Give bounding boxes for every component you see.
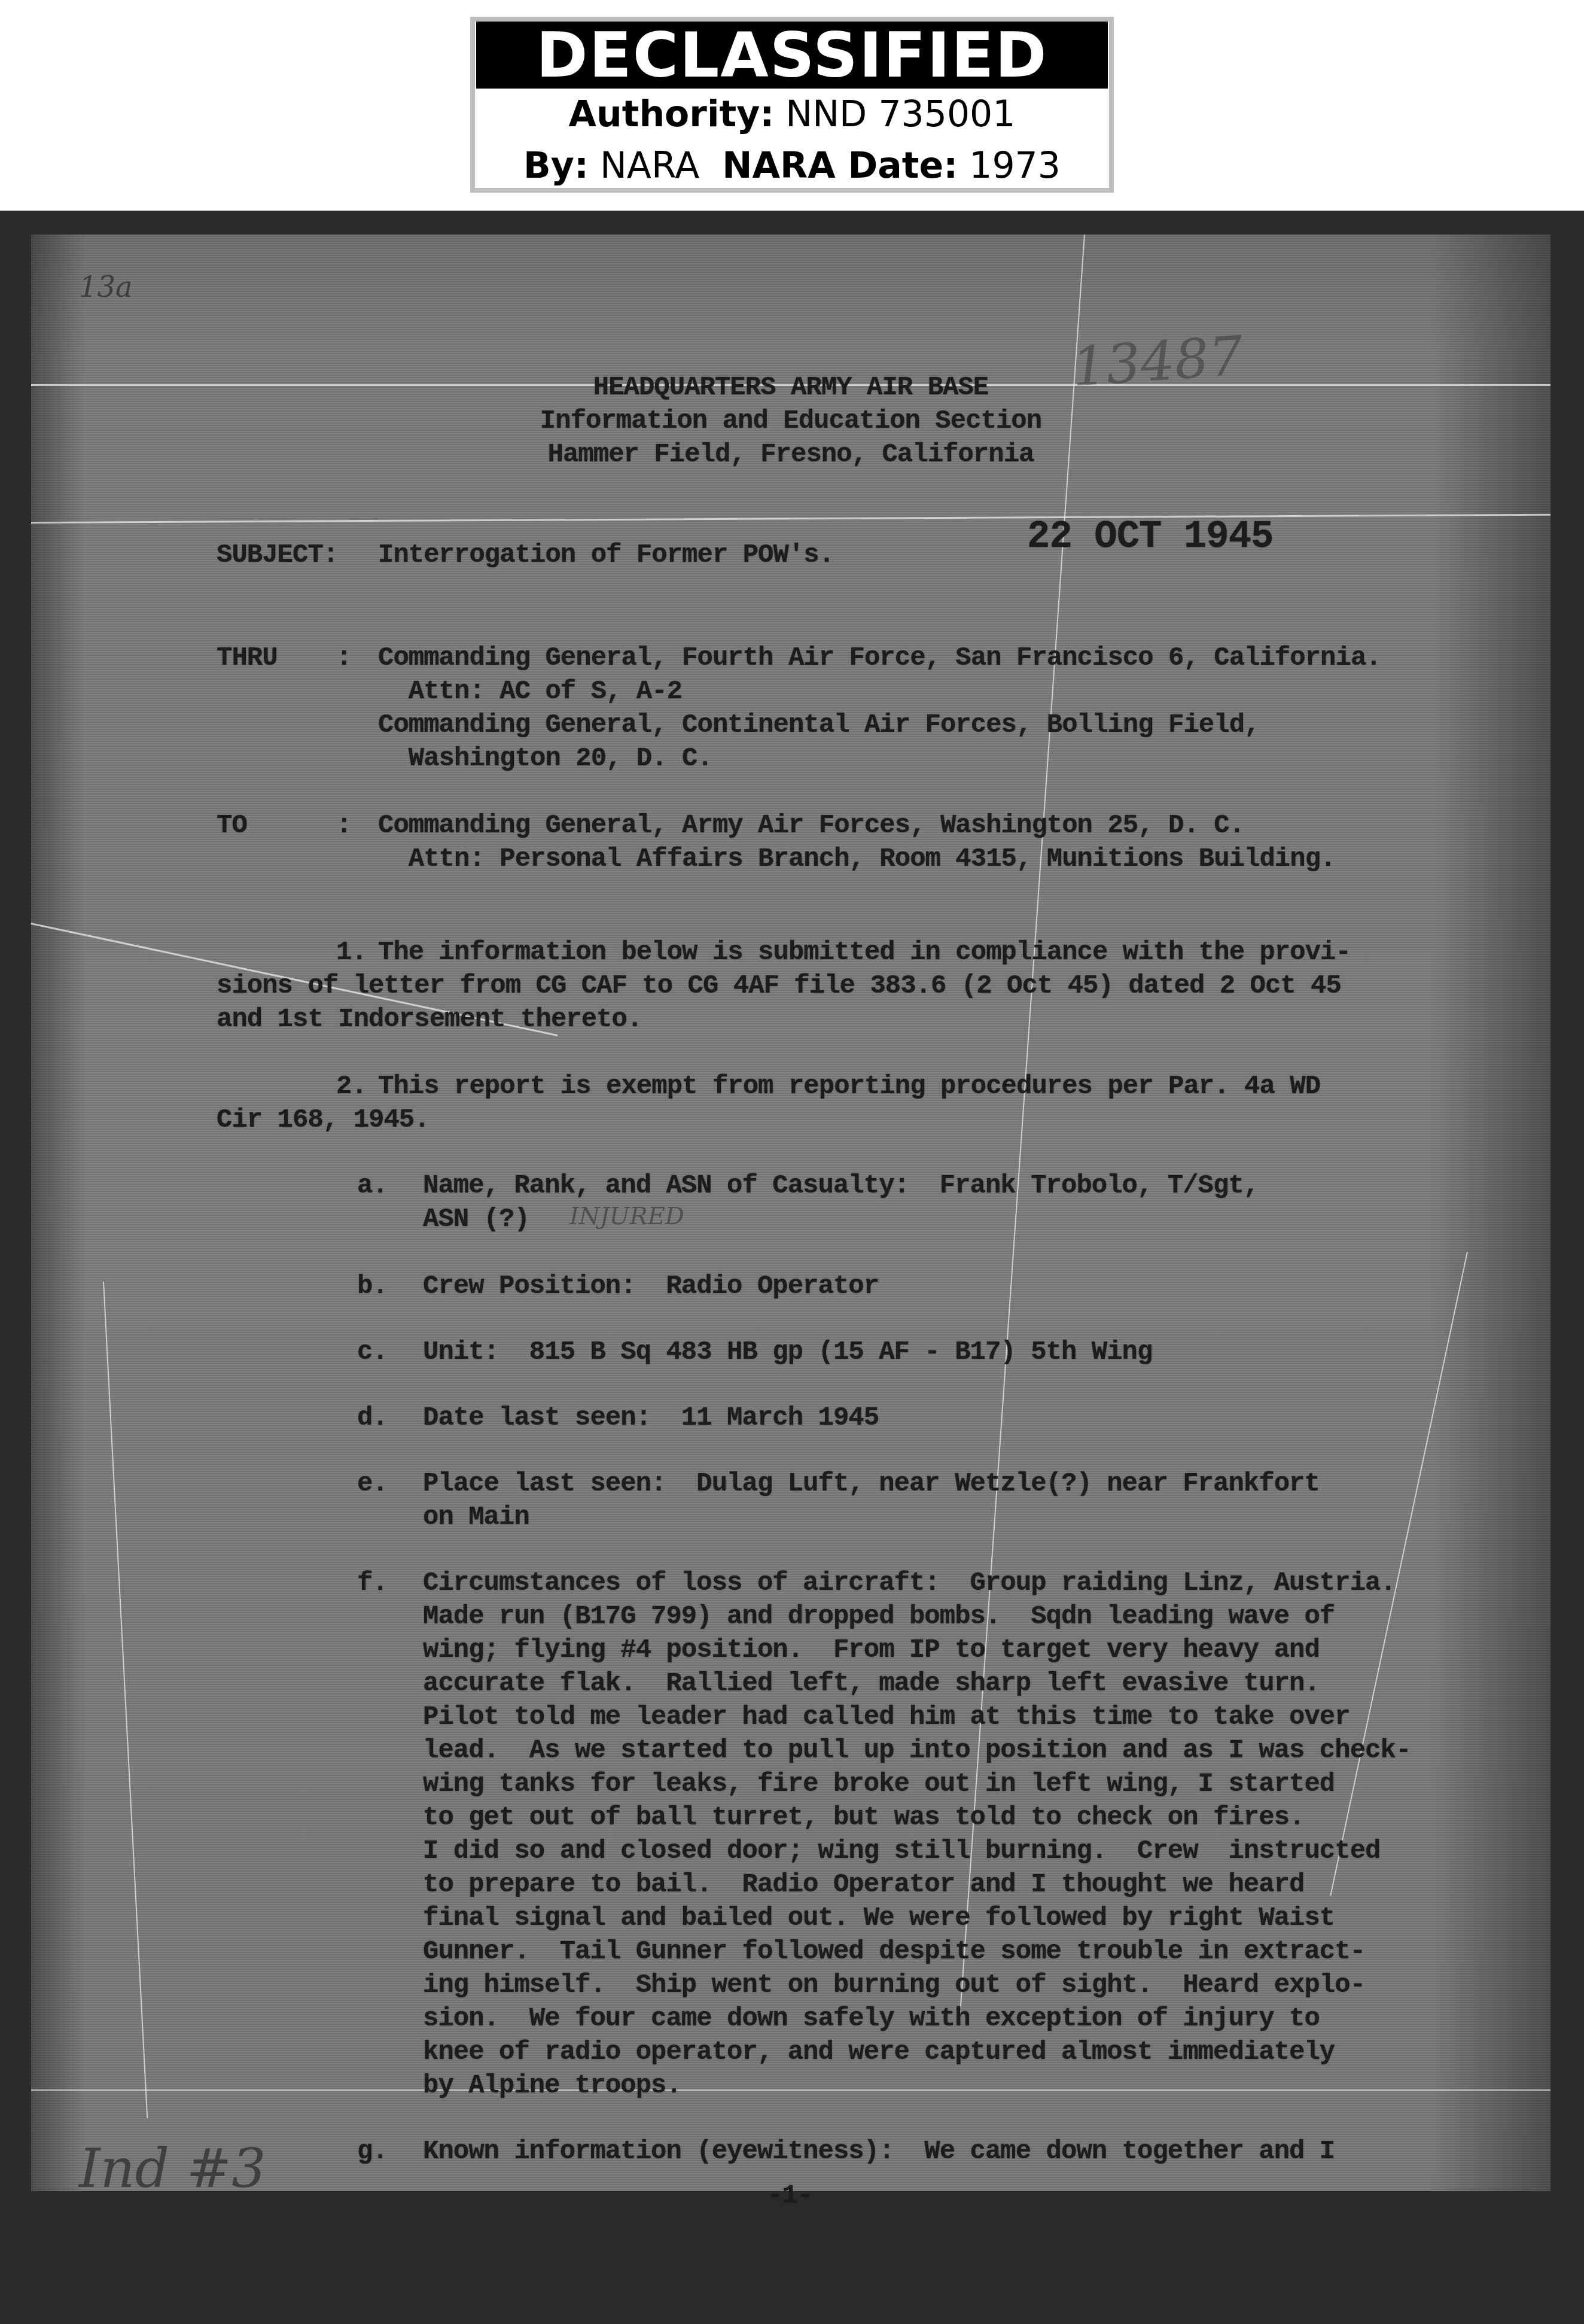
letterhead-line-1: HEADQUARTERS ARMY AIR BASE [31, 371, 1551, 404]
authority-value: NND 735001 [785, 93, 1015, 135]
paragraph-2-number: 2. [336, 1070, 367, 1103]
item-f-line: final signal and bailed out. We were fol… [423, 1902, 1335, 1935]
scratch-line [31, 514, 1551, 524]
thru-separator: : [336, 641, 351, 675]
paragraph-2-line: This report is exempt from reporting pro… [378, 1070, 1320, 1103]
item-g-line: Known information (eyewitness): We came … [423, 2135, 1335, 2168]
item-f-line: lead. As we started to pull up into posi… [423, 1734, 1411, 1768]
item-b-line: Crew Position: Radio Operator [423, 1270, 879, 1303]
subject-value: Interrogation of Former POW's. [378, 539, 834, 572]
paper-sheet: 13a 13487 Ind #3 HEADQUARTERS ARMY AIR B… [31, 235, 1551, 2191]
item-f-line: by Alpine troops. [423, 2069, 681, 2103]
item-d-letter: d. [357, 1401, 388, 1435]
letterhead-line-3: Hammer Field, Fresno, California [31, 438, 1551, 472]
stamp-authority: Authority: NND 735001 [475, 89, 1109, 140]
item-f-letter: f. [357, 1566, 388, 1600]
item-f-line: accurate flak. Rallied left, made sharp … [423, 1667, 1320, 1701]
item-f-line: knee of radio operator, and were capture… [423, 2036, 1335, 2069]
to-label: TO [217, 809, 247, 842]
item-f-line: Made run (B17G 799) and dropped bombs. S… [423, 1600, 1335, 1634]
stamp-title: DECLASSIFIED [476, 22, 1108, 89]
to-line: Attn: Personal Affairs Branch, Room 4315… [378, 842, 1335, 876]
item-b-letter: b. [357, 1270, 388, 1303]
by-label: By: [523, 145, 589, 187]
to-separator: : [336, 809, 351, 842]
item-g-letter: g. [357, 2135, 388, 2168]
item-c-line: Unit: 815 B Sq 483 HB gp (15 AF - B17) 5… [423, 1336, 1152, 1369]
paragraph-2-line: Cir 168, 1945. [217, 1103, 429, 1137]
thru-line: Commanding General, Continental Air Forc… [378, 708, 1259, 742]
item-e-line: Place last seen: Dulag Luft, near Wetzle… [423, 1467, 1320, 1501]
scanned-page: 13a 13487 Ind #3 HEADQUARTERS ARMY AIR B… [0, 211, 1584, 2324]
item-c-letter: c. [357, 1336, 388, 1369]
date-value: 1973 [969, 145, 1061, 187]
handwritten-note-bottom-left: Ind #3 [79, 2137, 266, 2200]
date-label: NARA Date: [722, 145, 958, 187]
paragraph-1-line: and 1st Indorsement thereto. [217, 1003, 642, 1036]
stamp-by-date: By: NARA NARA Date: 1973 [475, 140, 1109, 191]
by-value: NARA [600, 145, 699, 187]
item-a-line: ASN (?) [423, 1203, 529, 1236]
item-f-line: to get out of ball turret, but was told … [423, 1801, 1304, 1835]
paragraph-1-line: sions of letter from CG CAF to CG 4AF fi… [217, 969, 1341, 1003]
subject-label: SUBJECT: [217, 539, 338, 572]
scratch-line [31, 2089, 1551, 2091]
declassified-stamp: DECLASSIFIED Authority: NND 735001 By: N… [470, 17, 1114, 193]
item-d-line: Date last seen: 11 March 1945 [423, 1401, 879, 1435]
authority-label: Authority: [569, 93, 775, 135]
paragraph-1-number: 1. [336, 936, 367, 969]
item-e-line: on Main [423, 1501, 529, 1534]
thru-line: Attn: AC of S, A-2 [378, 675, 682, 708]
item-f-line: sion. We four came down safely with exce… [423, 2002, 1320, 2036]
item-f-line: Circumstances of loss of aircraft: Group… [423, 1566, 1396, 1600]
item-f-line: to prepare to bail. Radio Operator and I… [423, 1868, 1304, 1902]
item-f-line: I did so and closed door; wing still bur… [423, 1835, 1380, 1868]
item-f-line: wing; flying #4 position. From IP to tar… [423, 1634, 1320, 1667]
page-number: -1- [767, 2179, 812, 2213]
item-f-line: wing tanks for leaks, fire broke out in … [423, 1768, 1335, 1801]
thru-label: THRU [217, 641, 278, 675]
item-f-line: ing himself. Ship went on burning out of… [423, 1969, 1365, 2002]
handwritten-note-top-left: 13a [79, 270, 133, 304]
item-a-line: Name, Rank, and ASN of Casualty: Frank T… [423, 1169, 1259, 1203]
letterhead-line-2: Information and Education Section [31, 404, 1551, 438]
thru-line: Washington 20, D. C. [378, 742, 712, 775]
item-a-annotation: INJURED [569, 1203, 684, 1230]
date-stamp: 22 OCT 1945 [1027, 516, 1273, 559]
thru-line: Commanding General, Fourth Air Force, Sa… [378, 641, 1381, 675]
item-f-line: Gunner. Tail Gunner followed despite som… [423, 1935, 1365, 1969]
paragraph-1-line: The information below is submitted in co… [378, 936, 1351, 969]
to-line: Commanding General, Army Air Forces, Was… [378, 809, 1244, 842]
item-e-letter: e. [357, 1467, 388, 1501]
item-f-line: Pilot told me leader had called him at t… [423, 1701, 1350, 1734]
scratch-line [103, 1282, 148, 2118]
item-a-letter: a. [357, 1169, 388, 1203]
